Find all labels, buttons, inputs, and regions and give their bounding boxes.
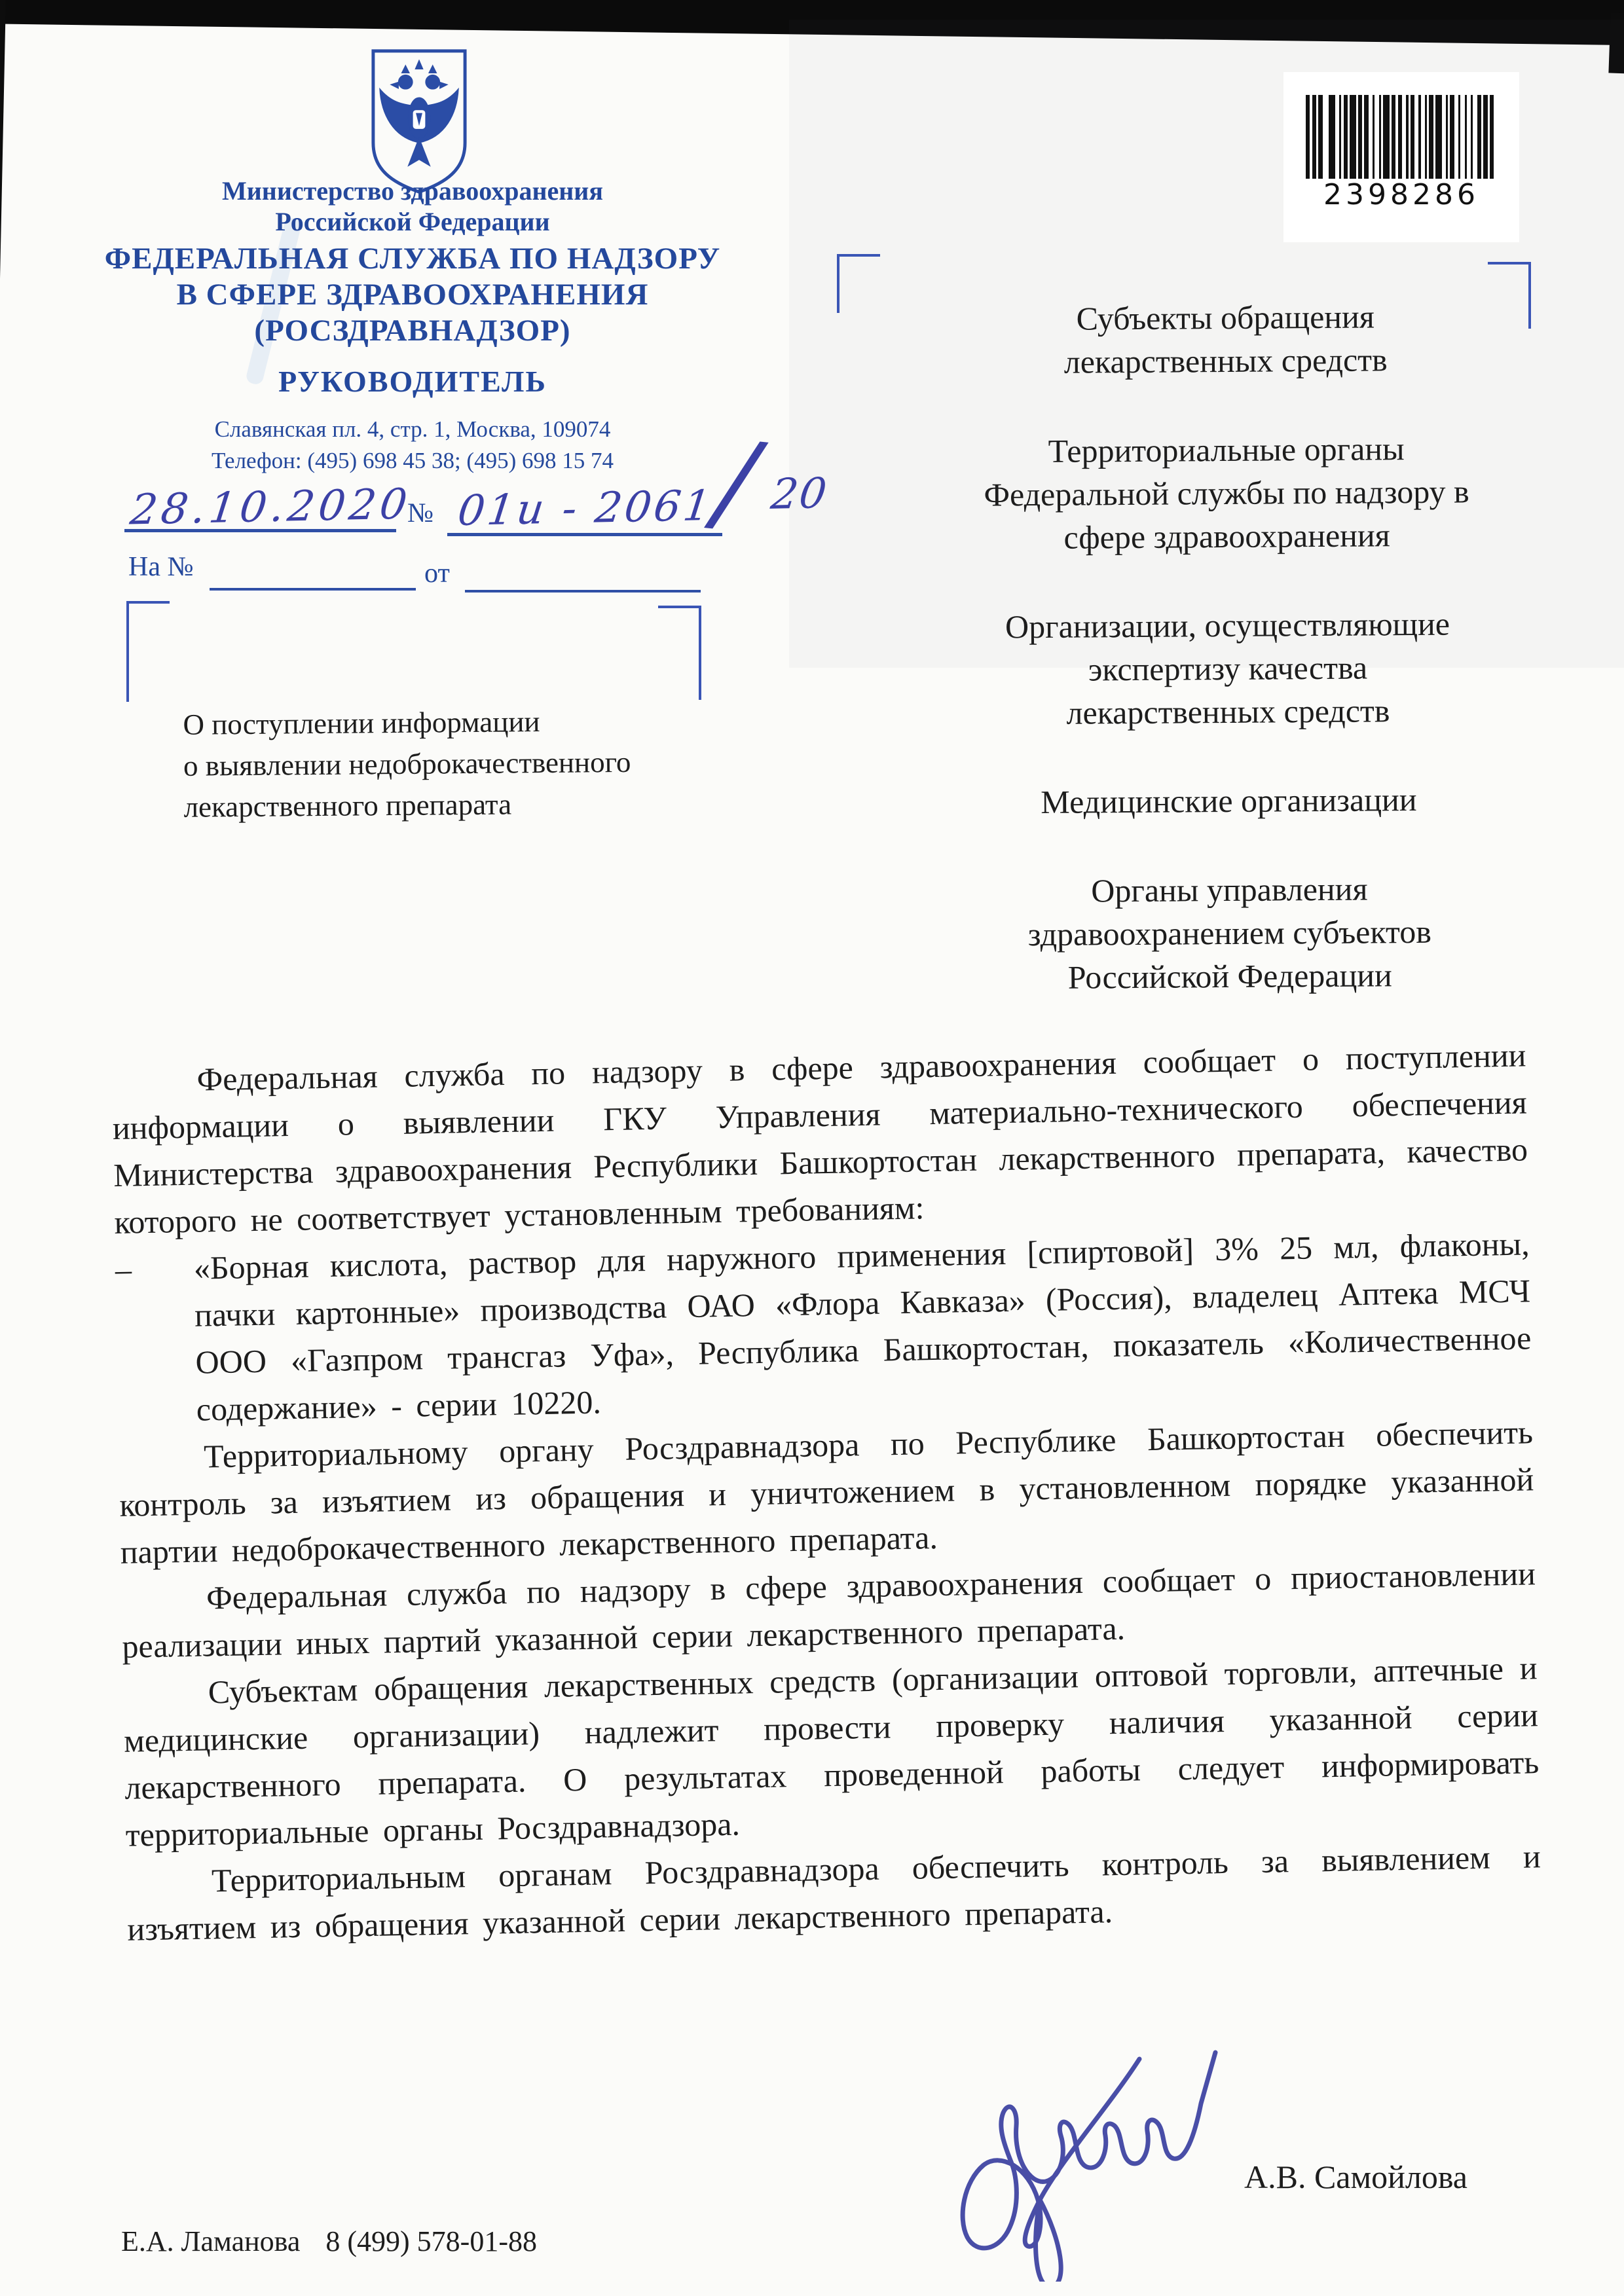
recipient-line: Российской Федерации [912, 953, 1547, 1000]
executor-name: Е.А. Ламанова [121, 2225, 300, 2257]
recipient-line: Организации, осуществляющие [910, 602, 1545, 649]
ministry-line-1: Министерство здравоохранения [79, 175, 747, 206]
date-underline [124, 529, 396, 532]
recipient-line: Территориальные органы [908, 426, 1543, 474]
paragraph-territorial-order: Территориальному органу Росздравнадзора … [119, 1408, 1536, 1576]
recipient-territorial-bodies: Территориальные органы Федеральной служб… [908, 426, 1544, 560]
subject-line: лекарственного препарата [183, 782, 760, 828]
recipient-line: лекарственных средств [910, 688, 1545, 736]
number-sign: № [407, 498, 434, 529]
service-name-line-3: (РОСЗДРАВНАДЗОР) [79, 313, 747, 349]
corner-bracket-upper-left [837, 254, 880, 313]
reply-date-underline [465, 590, 701, 592]
reply-to-label: На № [128, 551, 194, 583]
signature-ink [936, 2033, 1264, 2282]
recipient-line: Медицинские организации [911, 777, 1546, 825]
scanned-letter-page: Министерство здравоохранения Российской … [0, 0, 1624, 2296]
handwritten-number: 01и - 2061 [455, 482, 716, 536]
scan-edge-left [0, 0, 6, 351]
paragraph-subjects-check: Субъектам обращения лекарственных средст… [122, 1644, 1540, 1859]
barcode-icon [1306, 95, 1497, 179]
subject-line: о выявлении недоброкачественного [183, 740, 760, 787]
bullet-item-bornaya-kislota: – «Борная кислота, раствор для наружного… [115, 1220, 1532, 1434]
bullet-dash: – [115, 1245, 196, 1434]
recipient-health-authorities: Органы управления здравоохранением субъе… [912, 866, 1547, 1000]
letterhead-phone: Телефон: (495) 698 45 38; (495) 698 15 7… [79, 448, 747, 474]
paragraph-intro: Федеральная служба по надзору в сфере зд… [111, 1031, 1529, 1246]
post-title: РУКОВОДИТЕЛЬ [79, 364, 747, 399]
executor-line: Е.А. Ламанова 8 (499) 578-01-88 [121, 2225, 537, 2258]
service-name-line-2: В СФЕРЕ ЗДРАВООХРАНЕНИЯ [79, 277, 747, 313]
corner-bracket-lower-right [658, 606, 701, 700]
number-underline [447, 533, 722, 536]
executor-phone: 8 (499) 578-01-88 [325, 2225, 537, 2257]
barcode-number: 2398286 [1283, 178, 1519, 211]
recipient-line: сфере здравоохранения [909, 513, 1544, 560]
recipient-quality-expertise-organizations: Организации, осуществляющие экспертизу к… [910, 602, 1545, 736]
recipient-line: Федеральной службы по надзору в [909, 469, 1544, 517]
recipients-block: Субъекты обращения лекарственных средств… [908, 294, 1548, 1046]
service-name-line-1: ФЕДЕРАЛЬНАЯ СЛУЖБА ПО НАДЗОРУ [79, 241, 747, 277]
recipient-medical-organizations: Медицинские организации [911, 777, 1546, 825]
reply-number-underline [210, 588, 416, 591]
letter-body: Федеральная служба по надзору в сфере зд… [111, 1031, 1542, 1952]
signer-name: А.В. Самойлова [1244, 2158, 1532, 2196]
subject-block: О поступлении информации о выявлении нед… [183, 699, 760, 828]
reply-from-label: от [424, 558, 450, 589]
recipient-line: Субъекты обращения [908, 294, 1543, 342]
bullet-text: «Борная кислота, раствор для наружного п… [193, 1220, 1532, 1432]
recipient-subjects-of-circulation: Субъекты обращения лекарственных средств [908, 294, 1543, 385]
handwritten-date: 28.10.2020 [128, 481, 413, 535]
corner-bracket-lower-left [126, 601, 170, 702]
subject-line: О поступлении информации [183, 699, 760, 746]
recipient-line: экспертизу качества [910, 645, 1545, 693]
letterhead-address: Славянская пл. 4, стр. 1, Москва, 109074 [79, 416, 747, 443]
handwritten-year-suffix: 20 [768, 469, 830, 519]
recipient-line: лекарственных средств [908, 337, 1543, 385]
ministry-line-2: Российской Федерации [79, 206, 747, 237]
recipient-line: здравоохранением субъектов [912, 909, 1547, 957]
recipient-line: Органы управления [912, 866, 1547, 914]
